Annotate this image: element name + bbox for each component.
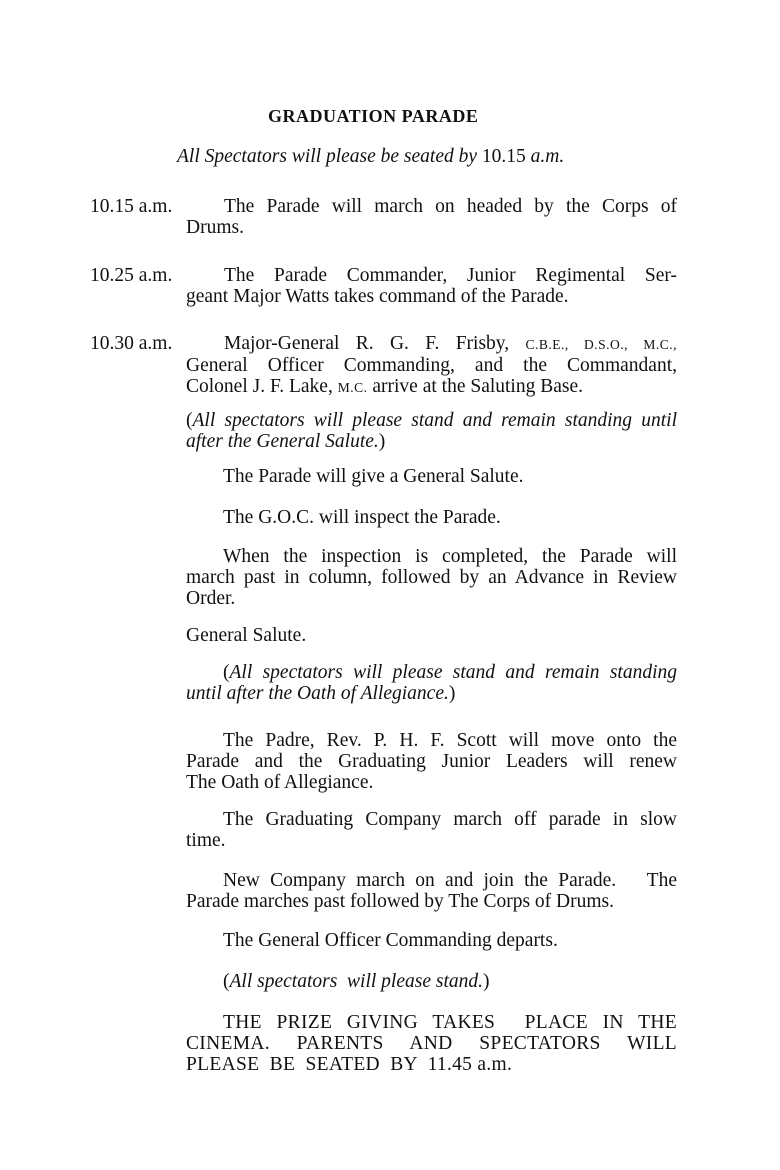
paragraph: The Padre, Rev. P. H. F. Scott will move…: [186, 730, 677, 793]
paragraph: General Salute.: [186, 625, 677, 646]
paragraph: The G.O.C. will inspect the Parade.: [186, 507, 677, 528]
paragraph: The Parade will give a General Salute.: [186, 466, 677, 487]
spectator-note: (All spectators will please stand and re…: [186, 410, 677, 452]
paragraph: New Company march on and join the Parade…: [186, 870, 677, 912]
spectator-note: (All spectators will please stand.): [186, 971, 677, 992]
paragraph: The General Officer Commanding departs.: [186, 930, 677, 951]
page-title: GRADUATION PARADE: [268, 106, 478, 127]
schedule-entry: The Parade will march on headed by the C…: [186, 196, 677, 238]
paragraph: The Graduating Company march off parade …: [186, 809, 677, 851]
prize-giving-notice: THE PRIZE GIVING TAKES PLACE IN THE CINE…: [186, 1012, 677, 1075]
program-page: GRADUATION PARADE All Spectators will pl…: [0, 0, 780, 1170]
seating-instruction: All Spectators will please be seated by …: [177, 146, 564, 167]
schedule-time: 10.30 a.m.: [90, 333, 172, 354]
spectator-note: (All spectators will please stand and re…: [186, 662, 677, 704]
schedule-entry: The Parade Commander, Junior Regimental …: [186, 265, 677, 307]
paragraph: When the inspection is completed, the Pa…: [186, 546, 677, 609]
schedule-time: 10.15 a.m.: [90, 196, 172, 217]
schedule-entry: Major-General R. G. F. Frisby, C.B.E., D…: [186, 333, 677, 398]
schedule-time: 10.25 a.m.: [90, 265, 172, 286]
